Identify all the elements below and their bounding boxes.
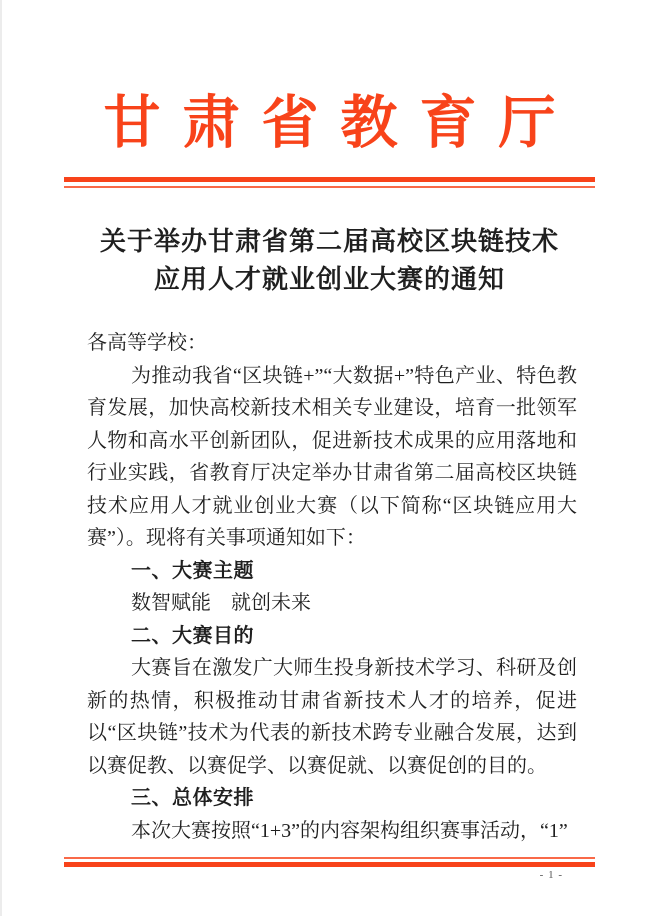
document-page: 甘肃省教育厅 关于举办甘肃省第二届高校区块链技术 应用人才就业创业大赛的通知 各…	[0, 0, 657, 916]
document-title-line1: 关于举办甘肃省第二届高校区块链技术	[2, 223, 657, 261]
section-1-paragraph: 数智赋能 就创未来	[87, 587, 577, 620]
salutation: 各高等学校：	[87, 327, 577, 360]
intro-paragraph: 为推动我省“区块链+”“大数据+”特色产业、特色教育发展，加快高校新技术相关专业…	[87, 360, 577, 555]
footer-rule-thick	[64, 862, 595, 867]
section-3-heading: 三、总体安排	[87, 782, 577, 815]
document-body: 各高等学校： 为推动我省“区块链+”“大数据+”特色产业、特色教育发展，加快高校…	[87, 327, 577, 847]
document-title-line2: 应用人才就业创业大赛的通知	[2, 261, 657, 299]
section-2-paragraph: 大赛旨在激发广大师生投身新技术学习、科研及创新的热情，积极推动甘肃省新技术人才的…	[87, 652, 577, 782]
header-rule-thick	[64, 177, 595, 182]
document-title: 关于举办甘肃省第二届高校区块链技术 应用人才就业创业大赛的通知	[2, 223, 657, 299]
footer-rule-thin	[64, 857, 595, 859]
header-rule-thin	[64, 186, 595, 188]
section-1-heading: 一、大赛主题	[87, 555, 577, 588]
agency-letterhead: 甘肃省教育厅	[2, 84, 657, 164]
section-3-paragraph: 本次大赛按照“1+3”的内容架构组织赛事活动，“1”	[87, 815, 577, 848]
page-number: - 1 -	[540, 869, 563, 881]
section-2-heading: 二、大赛目的	[87, 620, 577, 653]
